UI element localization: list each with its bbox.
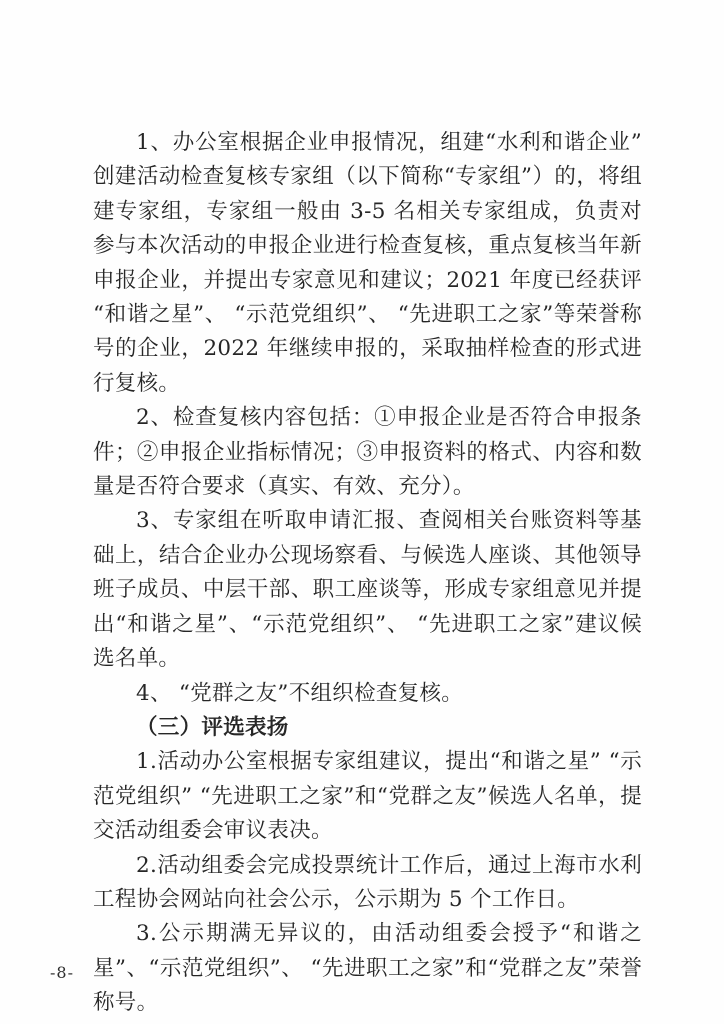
paragraph-no-review: 4、 “党群之友”不组织检查复核。 [93, 677, 642, 711]
paragraph-public-notice: 2.活动组委会完成投票统计工作后，通过上海市水利工程协会网站向社会公示，公示期为… [93, 849, 642, 918]
paragraph-review-contents: 2、检查复核内容包括：①申报企业是否符合申报条件；②申报企业指标情况；③申报资料… [93, 401, 642, 504]
paragraph-award-titles: 3.公示期满无异议的，由活动组委会授予“和谐之星”、“示范党组织”、 “先进职工… [93, 917, 642, 1020]
section-heading-selection-commendation: （三）评选表扬 [93, 711, 642, 745]
page-number: -8- [50, 963, 74, 982]
document-page: 1、办公室根据企业申报情况，组建“水利和谐企业”创建活动检查复核专家组（以下简称… [0, 0, 724, 1024]
document-body: 1、办公室根据企业申报情况，组建“水利和谐企业”创建活动检查复核专家组（以下简称… [93, 126, 642, 1021]
paragraph-candidate-list: 1.活动办公室根据专家组建议，提出“和谐之星” “示范党组织” “先进职工之家”… [93, 745, 642, 848]
paragraph-expert-process: 3、专家组在听取申请汇报、查阅相关台账资料等基础上，结合企业办公现场察看、与候选… [93, 504, 642, 676]
paragraph-review-team: 1、办公室根据企业申报情况，组建“水利和谐企业”创建活动检查复核专家组（以下简称… [93, 126, 642, 401]
